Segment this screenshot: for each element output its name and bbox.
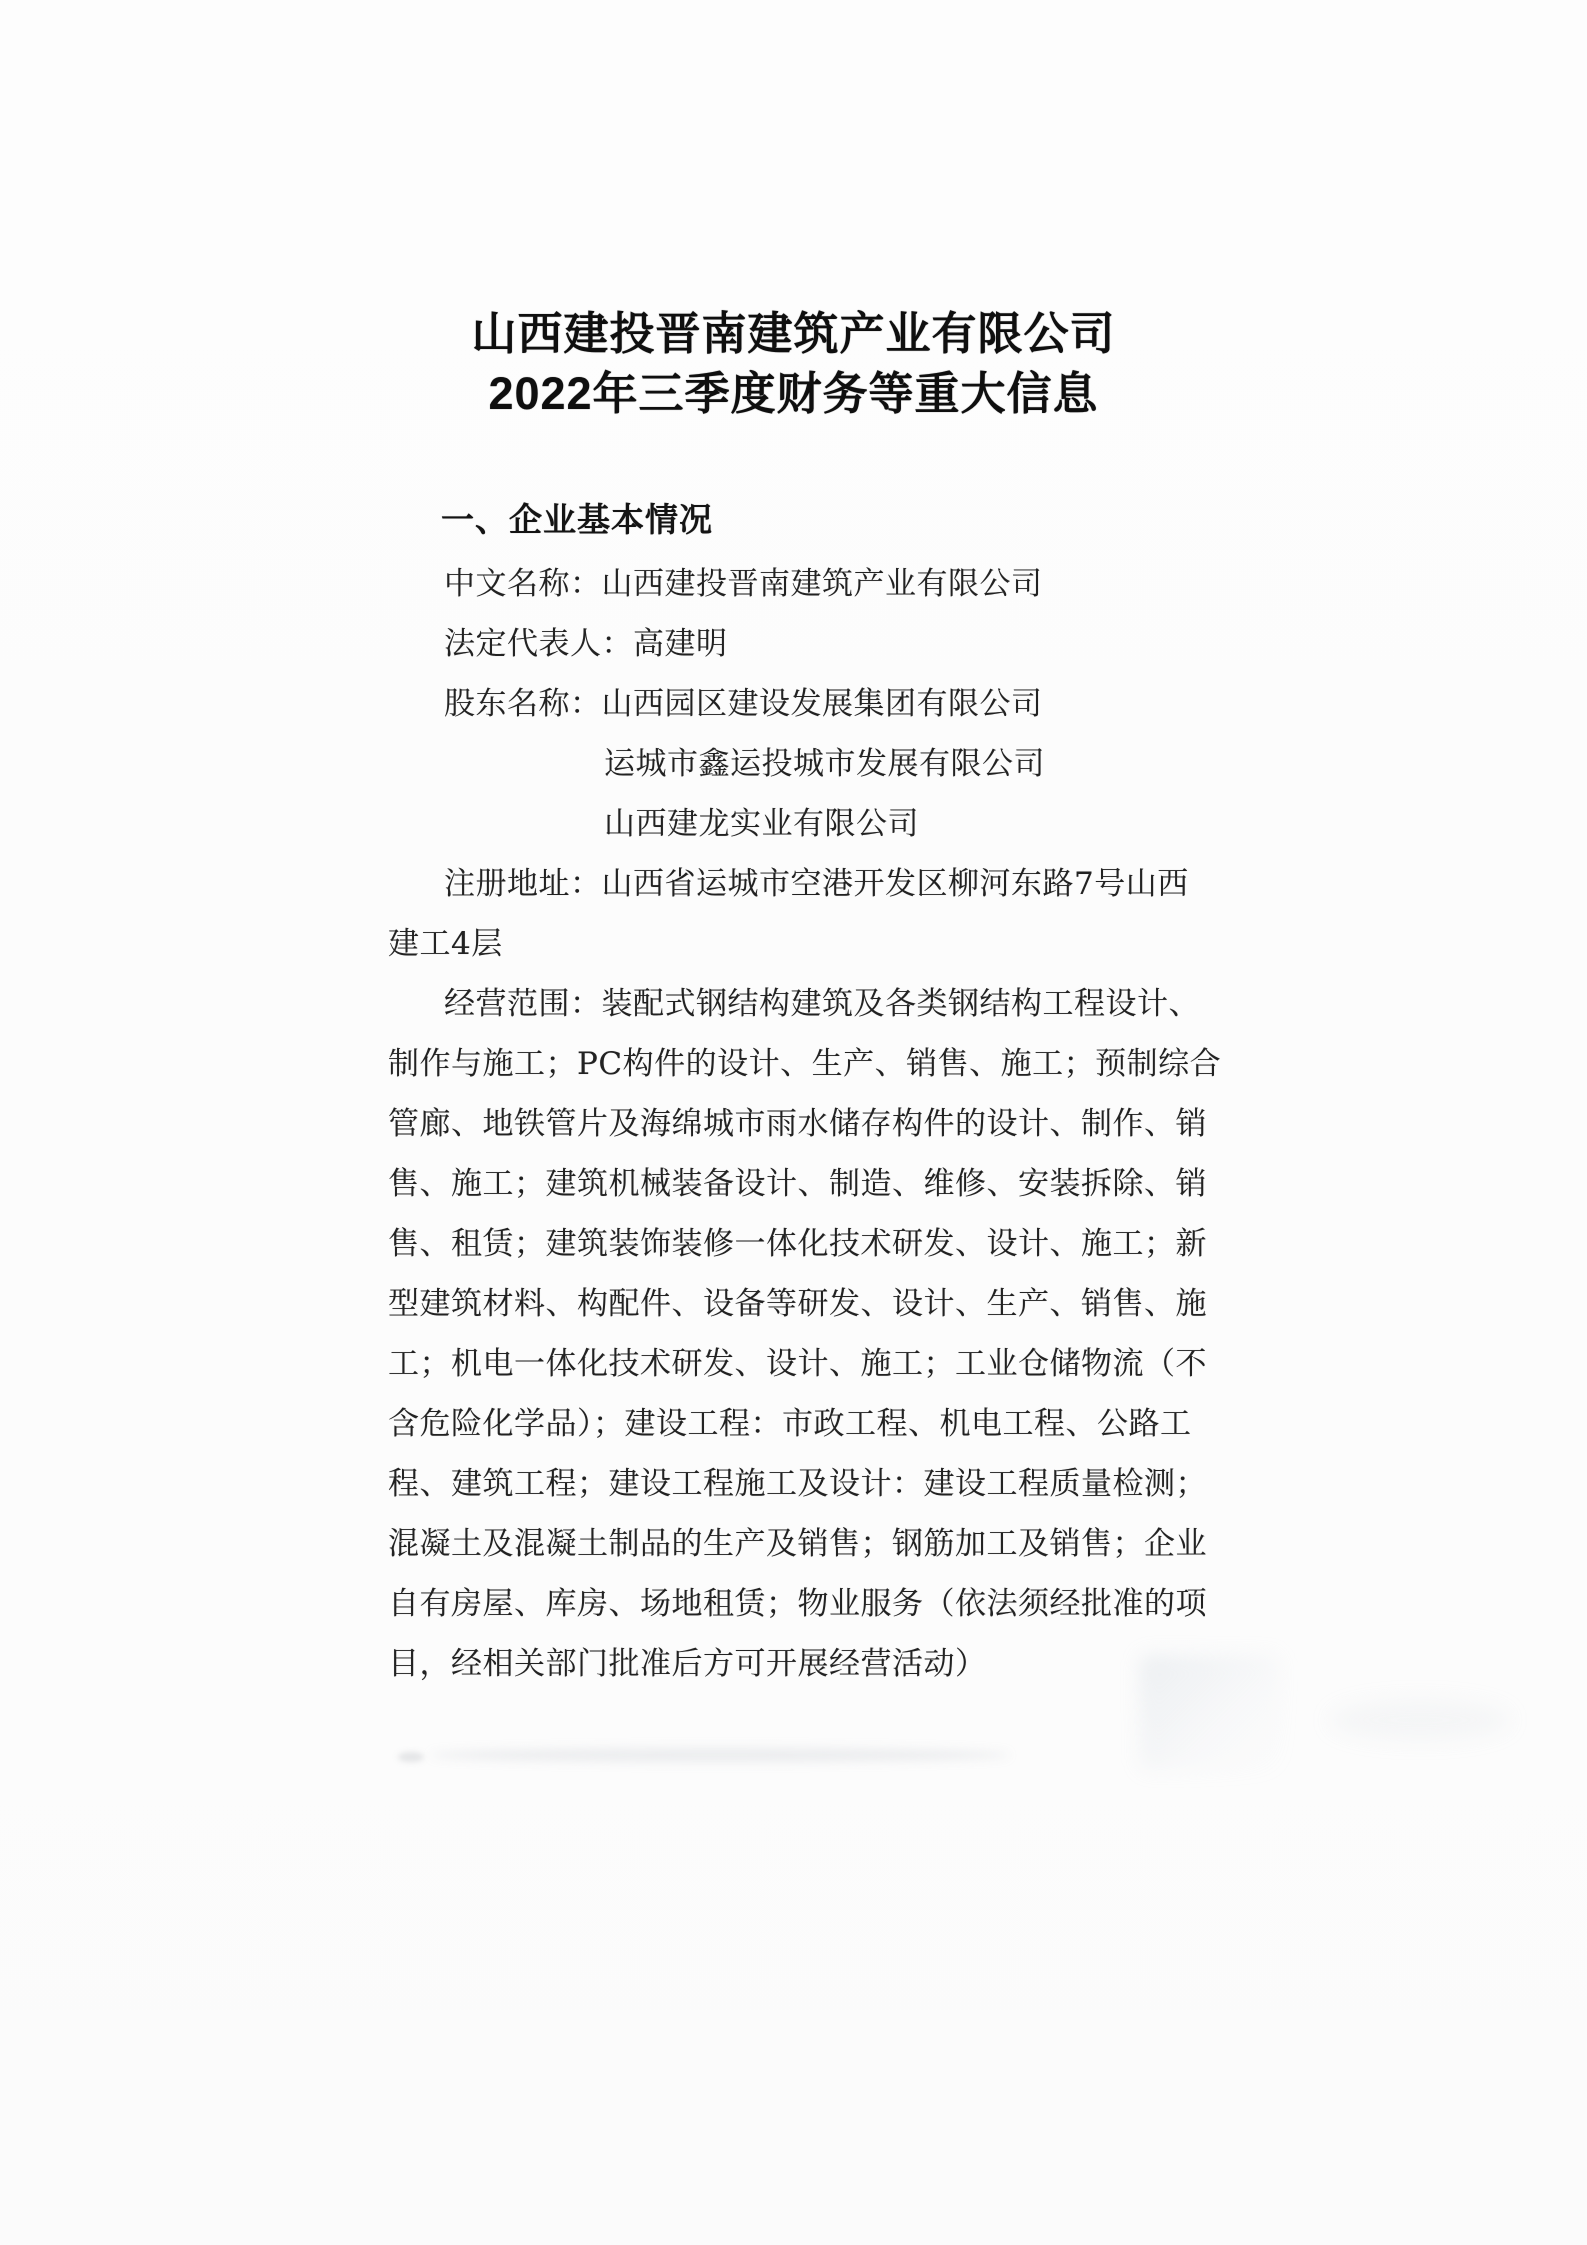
document-line: 工；机电一体化技术研发、设计、施工；工业仓储物流（不: [388, 1340, 1207, 1388]
document-line: 建工4层: [388, 920, 503, 968]
scan-artifact: [1140, 1655, 1280, 1770]
document-line: 运城市鑫运投城市发展有限公司: [604, 740, 1045, 788]
document-line: 自有房屋、库房、场地租赁；物业服务（依法须经批准的项: [388, 1580, 1207, 1628]
scanned-document-page: 山西建投晋南建筑产业有限公司 2022年三季度财务等重大信息 一、企业基本情况 …: [0, 0, 1587, 2245]
document-line: 经营范围：装配式钢结构建筑及各类钢结构工程设计、: [444, 980, 1200, 1028]
document-line: 售、租赁；建筑装饰装修一体化技术研发、设计、施工；新: [388, 1220, 1207, 1268]
document-line: 含危险化学品）；建设工程：市政工程、机电工程、公路工: [388, 1400, 1192, 1448]
document-line: 注册地址：山西省运城市空港开发区柳河东路7号山西: [444, 860, 1189, 908]
document-line: 程、建筑工程；建设工程施工及设计：建设工程质量检测；: [388, 1460, 1207, 1508]
document-title-line2: 2022年三季度财务等重大信息: [0, 366, 1587, 422]
document-line: 目，经相关部门批准后方可开展经营活动）: [388, 1640, 987, 1688]
document-line: 混凝土及混凝土制品的生产及销售；钢筋加工及销售；企业: [388, 1520, 1207, 1568]
document-line: 售、施工；建筑机械装备设计、制造、维修、安装拆除、销: [388, 1160, 1207, 1208]
document-line: 制作与施工；PC构件的设计、生产、销售、施工；预制综合: [388, 1040, 1221, 1088]
scan-artifact: [1330, 1700, 1510, 1740]
document-title-line1: 山西建投晋南建筑产业有限公司: [0, 306, 1587, 362]
document-line: 型建筑材料、构配件、设备等研发、设计、生产、销售、施: [388, 1280, 1207, 1328]
document-line: 法定代表人：高建明: [444, 620, 728, 668]
scan-artifact: [430, 1748, 1010, 1762]
document-line: 管廊、地铁管片及海绵城市雨水储存构件的设计、制作、销: [388, 1100, 1207, 1148]
document-line: 中文名称：山西建投晋南建筑产业有限公司: [444, 560, 1043, 608]
scan-artifact: [398, 1752, 424, 1762]
document-line: 股东名称：山西园区建设发展集团有限公司: [444, 680, 1043, 728]
document-line: 山西建龙实业有限公司: [604, 800, 919, 848]
section-heading: 一、企业基本情况: [441, 498, 713, 542]
